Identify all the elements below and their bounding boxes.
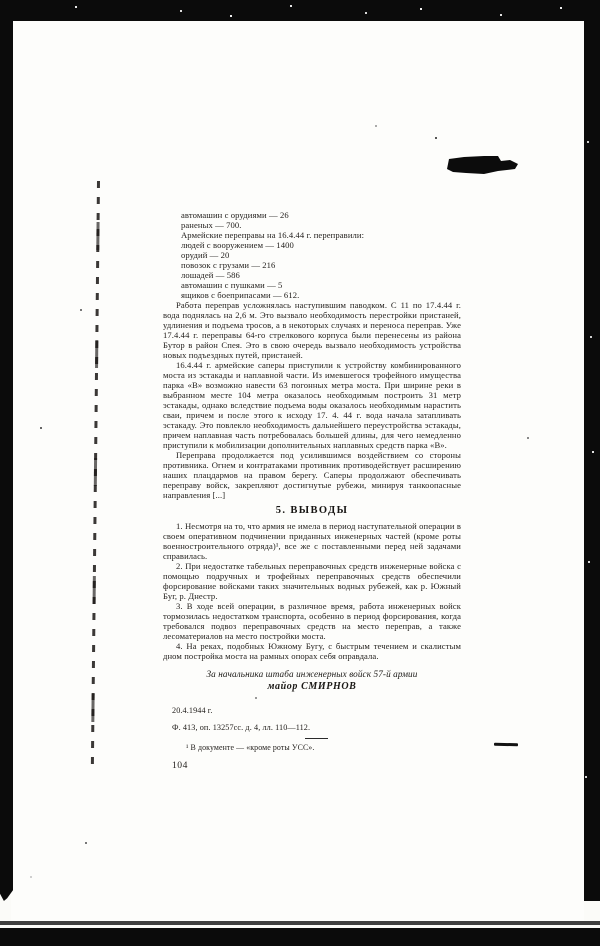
body-paragraph: Работа переправ усложнялась наступившим …: [163, 300, 461, 360]
archive-reference: Ф. 413, оп. 13257сс. д. 4, лл. 110—112.: [172, 723, 461, 733]
page-edge-line: [0, 921, 600, 925]
list-item: людей с вооружением — 1400: [181, 240, 461, 250]
document-date: 20.4.1944 г.: [172, 706, 461, 716]
scan-speckle-white: [75, 6, 77, 8]
scan-speckle-dark: [435, 137, 437, 139]
section-heading: 5. ВЫВОДЫ: [163, 506, 461, 516]
signature-block: За начальника штаба инженерных войск 57-…: [163, 669, 461, 692]
footnote-text: ¹ В документе — «кроме роты УСС».: [172, 743, 352, 753]
list-item: лошадей — 586: [181, 270, 461, 280]
conclusion-paragraph: 2. При недостатке табельных переправочны…: [163, 561, 461, 601]
body-paragraph: 16.4.44 г. армейские саперы приступили к…: [163, 360, 461, 450]
footnote-separator: [305, 738, 328, 739]
signature-title: За начальника штаба инженерных войск 57-…: [163, 669, 461, 681]
list-item: раненых — 700.: [181, 220, 461, 230]
list-item: повозок с грузами — 216: [181, 260, 461, 270]
conclusion-paragraph: 4. На реках, подобных Южному Бугу, с быс…: [163, 641, 461, 661]
scan-border-bottom: [0, 928, 600, 946]
signature-name: майор СМИРНОВ: [163, 681, 461, 693]
scan-border-left: [0, 0, 13, 901]
body-paragraph: Переправа продолжается под усилившимся в…: [163, 450, 461, 500]
list-item: орудий — 20: [181, 250, 461, 260]
ink-dash-mark: [494, 743, 518, 747]
ink-blot: [444, 154, 522, 176]
footer-block: 20.4.1944 г. Ф. 413, оп. 13257сс. д. 4, …: [172, 706, 461, 771]
crossing-statistics-list: автомашин с орудиями — 26 раненых — 700.…: [181, 210, 461, 300]
list-item: Армейские переправы на 16.4.44 г. перепр…: [181, 230, 461, 240]
page-crease-line: [91, 181, 100, 769]
document-page: автомашин с орудиями — 26 раненых — 700.…: [11, 21, 584, 921]
page-content: автомашин с орудиями — 26 раненых — 700.…: [163, 210, 461, 771]
scan-border-top: [0, 0, 600, 21]
page-number: 104: [172, 761, 461, 771]
conclusion-paragraph: 1. Несмотря на то, что армия не имела в …: [163, 521, 461, 561]
scan-border-right: [584, 0, 600, 901]
list-item: ящиков с боеприпасами — 612.: [181, 290, 461, 300]
list-item: автомашин с орудиями — 26: [181, 210, 461, 220]
conclusion-paragraph: 3. В ходе всей операции, в различное вре…: [163, 601, 461, 641]
list-item: автомашин с пушками — 5: [181, 280, 461, 290]
